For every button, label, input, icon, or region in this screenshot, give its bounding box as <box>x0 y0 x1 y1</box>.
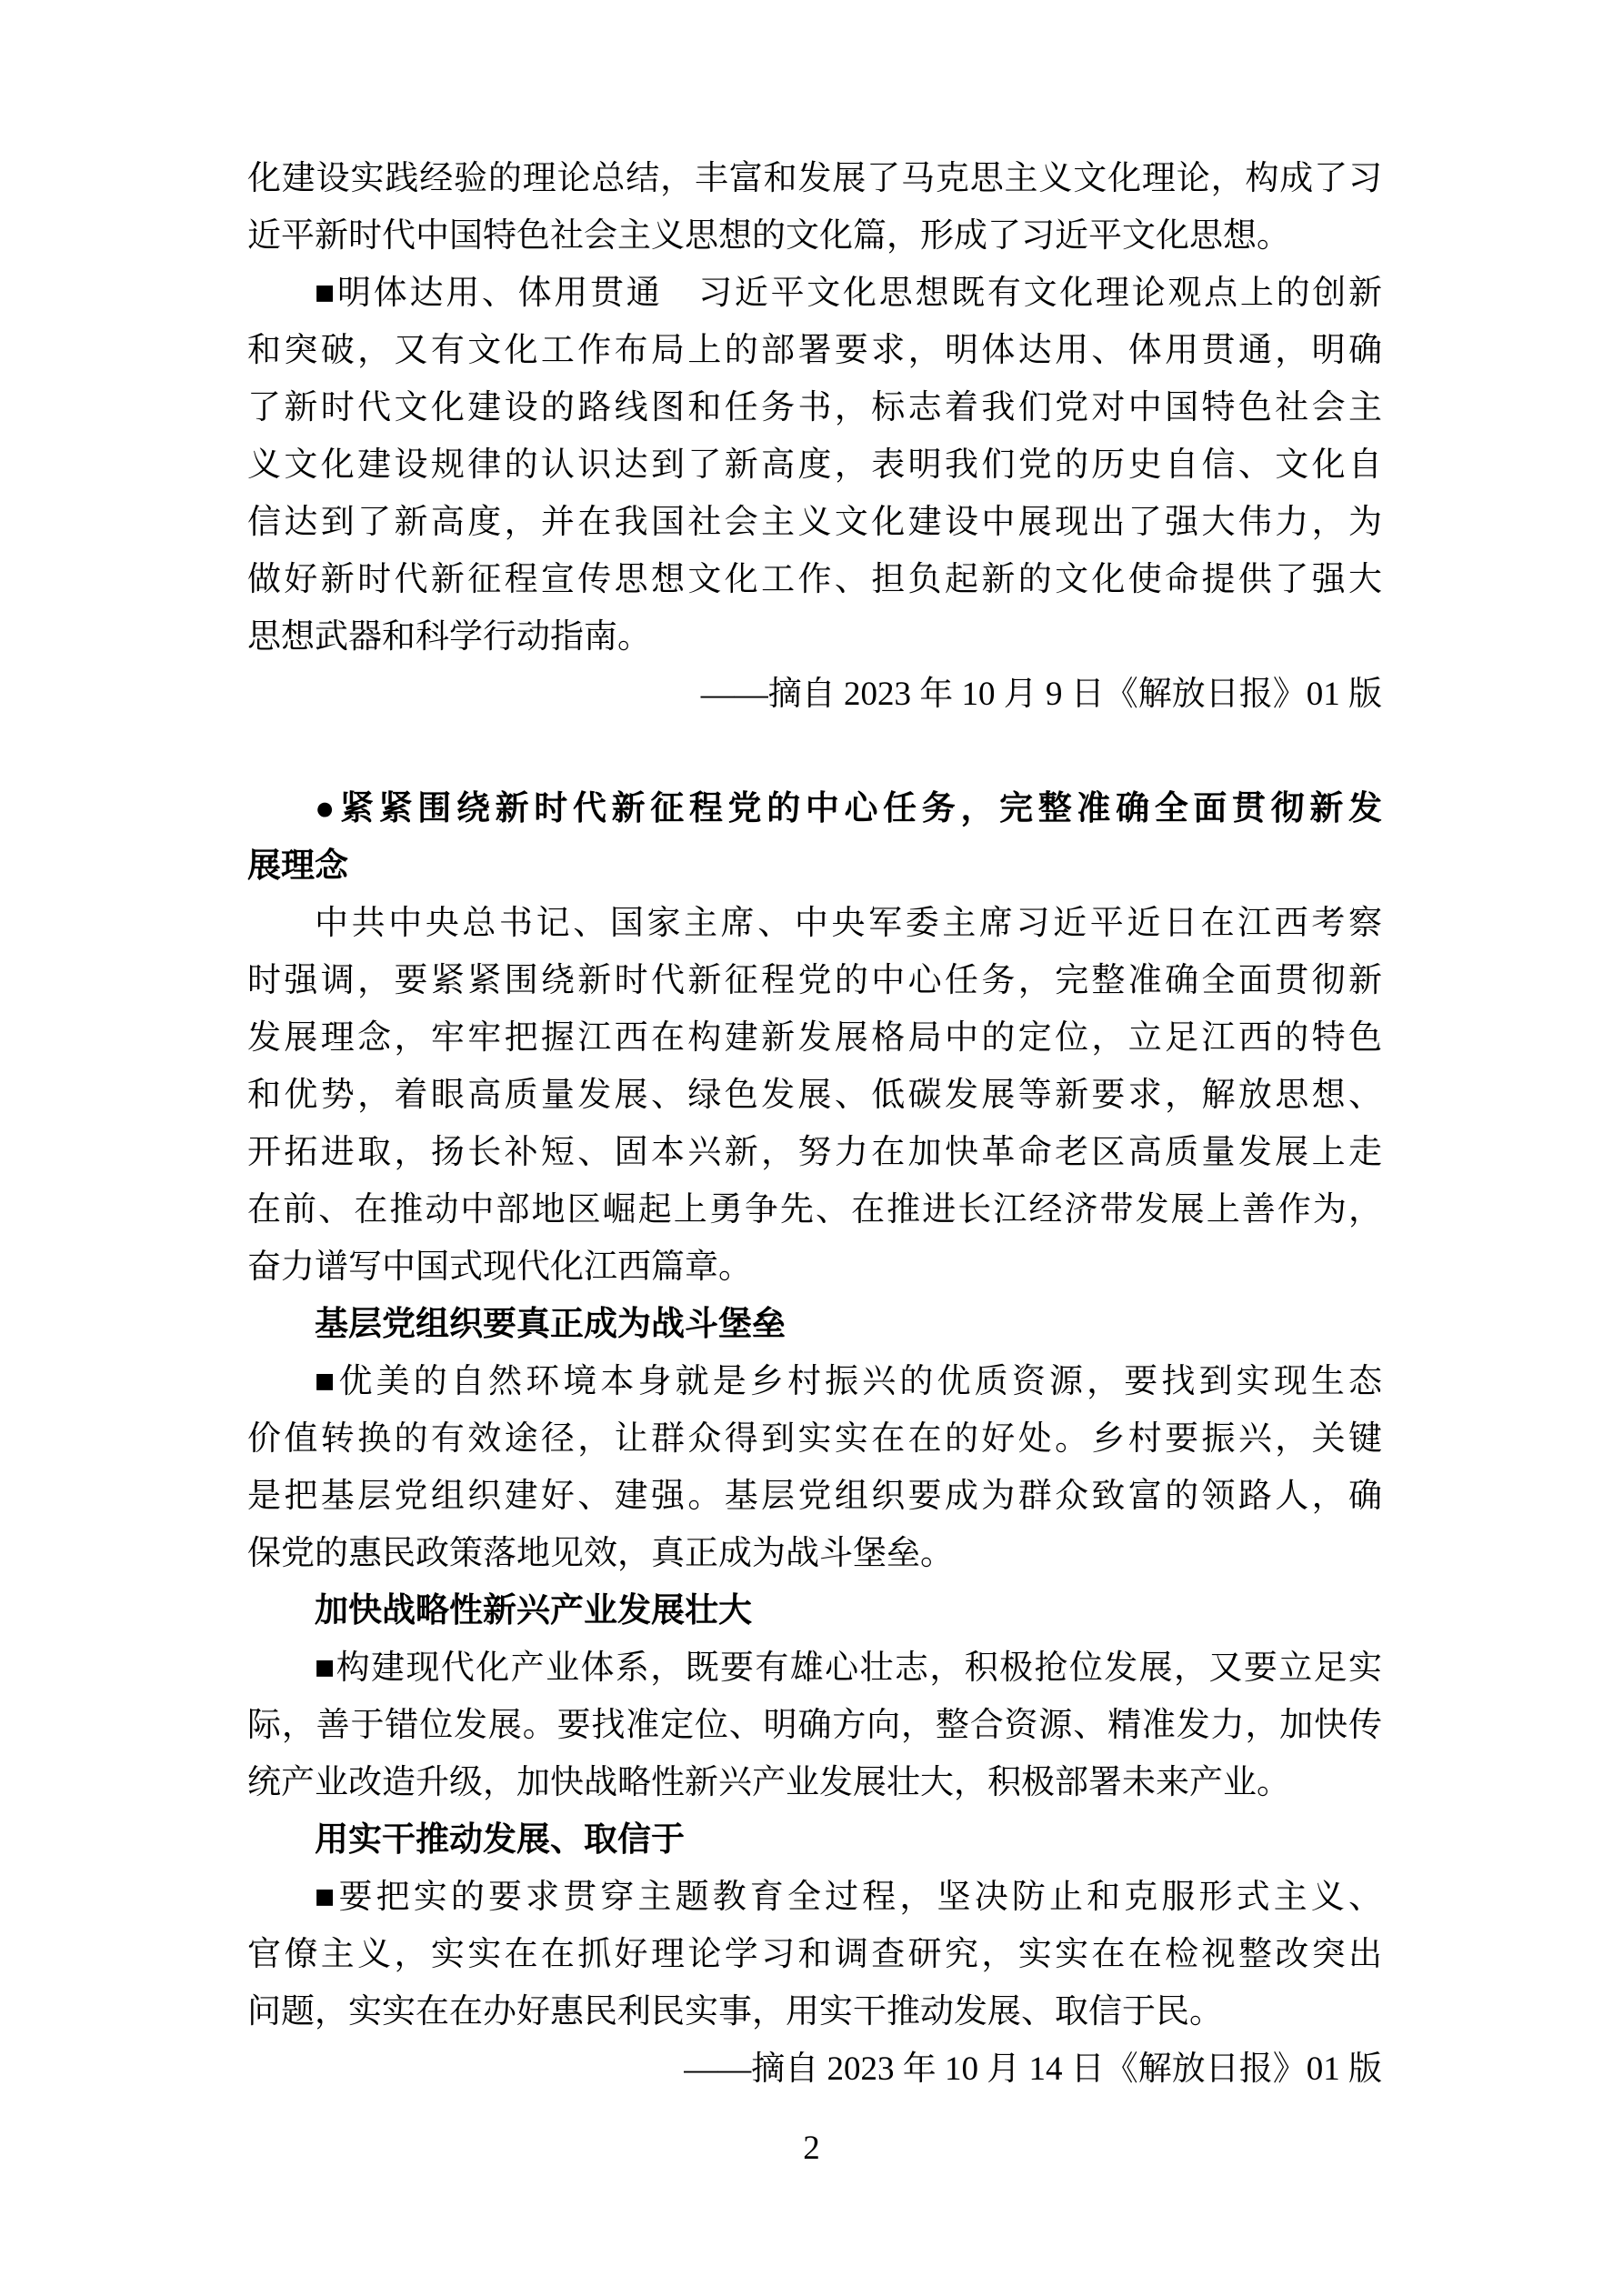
body-line: 和优势，着眼高质量发展、绿色发展、低碳发展等新要求，解放思想、 <box>247 1067 1382 1124</box>
body-line: 义文化建设规律的认识达到了新高度，表明我们党的历史自信、文化自 <box>247 436 1382 494</box>
heading-line: 加快战略性新兴产业发展壮大 <box>247 1582 1382 1639</box>
heading-line: 用实干推动发展、取信于 <box>247 1811 1382 1869</box>
body-line: 际，善于错位发展。要找准定位、明确方向，整合资源、精准发力，加快传 <box>247 1697 1382 1754</box>
body-line: 近平新时代中国特色社会主义思想的文化篇，形成了习近平文化思想。 <box>247 207 1382 265</box>
body-line: 保党的惠民政策落地见效，真正成为战斗堡垒。 <box>247 1525 1382 1582</box>
square-bullet-paragraph: ■优美的自然环境本身就是乡村振兴的优质资源，要找到实现生态 价值转换的有效途径，… <box>247 1353 1382 1582</box>
round-bullet-heading: ●紧紧围绕新时代新征程党的中心任务，完整准确全面贯彻新发 展理念 <box>247 780 1382 895</box>
body-line: 发展理念，牢牢把握江西在构建新发展格局中的定位，立足江西的特色 <box>247 1009 1382 1067</box>
body-line: ■明体达用、体用贯通 习近平文化思想既有文化理论观点上的创新 <box>247 265 1382 322</box>
heading-line: 基层党组织要真正成为战斗堡垒 <box>247 1296 1382 1353</box>
body-line: 做好新时代新征程宣传思想文化工作、担负起新的文化使命提供了强大 <box>247 551 1382 608</box>
body-line: 思想武器和科学行动指南。 <box>247 608 1382 666</box>
body-line: 统产业改造升级，加快战略性新兴产业发展壮大，积极部署未来产业。 <box>247 1754 1382 1811</box>
body-line: ■要把实的要求贯穿主题教育全过程，坚决防止和克服形式主义、 <box>247 1869 1382 1926</box>
square-bullet-paragraph: ■构建现代化产业体系，既要有雄心壮志，积极抢位发展，又要立足实 际，善于错位发展… <box>247 1639 1382 1811</box>
source-citation: ——摘自 2023 年 10 月 9 日《解放日报》01 版 <box>247 666 1382 723</box>
citation-line: ——摘自 2023 年 10 月 14 日《解放日报》01 版 <box>247 2040 1382 2098</box>
square-bullet-paragraph: ■要把实的要求贯穿主题教育全过程，坚决防止和克服形式主义、 官僚主义，实实在在抓… <box>247 1869 1382 2040</box>
heading-line: ●紧紧围绕新时代新征程党的中心任务，完整准确全面贯彻新发 <box>247 780 1382 837</box>
body-line: 开拓进取，扬长补短、固本兴新，努力在加快革命老区高质量发展上走 <box>247 1124 1382 1181</box>
body-line: 时强调，要紧紧围绕新时代新征程党的中心任务，完整准确全面贯彻新 <box>247 952 1382 1009</box>
body-line: 化建设实践经验的理论总结，丰富和发展了马克思主义文化理论，构成了习 <box>247 150 1382 207</box>
subsection-heading: 基层党组织要真正成为战斗堡垒 <box>247 1296 1382 1353</box>
body-line: 奋力谱写中国式现代化江西篇章。 <box>247 1238 1382 1296</box>
body-line: ■构建现代化产业体系，既要有雄心壮志，积极抢位发展，又要立足实 <box>247 1639 1382 1697</box>
body-line: 价值转换的有效途径，让群众得到实实在在的好处。乡村要振兴，关键 <box>247 1410 1382 1468</box>
document-page: 化建设实践经验的理论总结，丰富和发展了马克思主义文化理论，构成了习 近平新时代中… <box>0 0 1623 2296</box>
body-line: 了新时代文化建设的路线图和任务书，标志着我们党对中国特色社会主 <box>247 379 1382 436</box>
body-line: 中共中央总书记、国家主席、中央军委主席习近平近日在江西考察 <box>247 895 1382 952</box>
body-line: ■优美的自然环境本身就是乡村振兴的优质资源，要找到实现生态 <box>247 1353 1382 1410</box>
body-line: 在前、在推动中部地区崛起上勇争先、在推进长江经济带发展上善作为， <box>247 1181 1382 1238</box>
subsection-heading: 用实干推动发展、取信于 <box>247 1811 1382 1869</box>
body-line: 和突破，又有文化工作布局上的部署要求，明体达用、体用贯通，明确 <box>247 322 1382 379</box>
source-citation: ——摘自 2023 年 10 月 14 日《解放日报》01 版 <box>247 2040 1382 2098</box>
body-line: 是把基层党组织建好、建强。基层党组织要成为群众致富的领路人，确 <box>247 1468 1382 1525</box>
paragraph-continued-from-previous-page: 化建设实践经验的理论总结，丰富和发展了马克思主义文化理论，构成了习 近平新时代中… <box>247 150 1382 265</box>
body-line: 问题，实实在在办好惠民利民实事，用实干推动发展、取信于民。 <box>247 1983 1382 2040</box>
paragraph: 中共中央总书记、国家主席、中央军委主席习近平近日在江西考察 时强调，要紧紧围绕新… <box>247 895 1382 1296</box>
body-line: 信达到了新高度，并在我国社会主义文化建设中展现出了强大伟力，为 <box>247 494 1382 551</box>
text-area: 化建设实践经验的理论总结，丰富和发展了马克思主义文化理论，构成了习 近平新时代中… <box>247 150 1382 2098</box>
subsection-heading: 加快战略性新兴产业发展壮大 <box>247 1582 1382 1639</box>
page-number: 2 <box>0 2120 1623 2177</box>
citation-line: ——摘自 2023 年 10 月 9 日《解放日报》01 版 <box>247 666 1382 723</box>
heading-line: 展理念 <box>247 837 1382 895</box>
body-line: 官僚主义，实实在在抓好理论学习和调查研究，实实在在检视整改突出 <box>247 1926 1382 1983</box>
square-bullet-paragraph: ■明体达用、体用贯通 习近平文化思想既有文化理论观点上的创新 和突破，又有文化工… <box>247 265 1382 666</box>
